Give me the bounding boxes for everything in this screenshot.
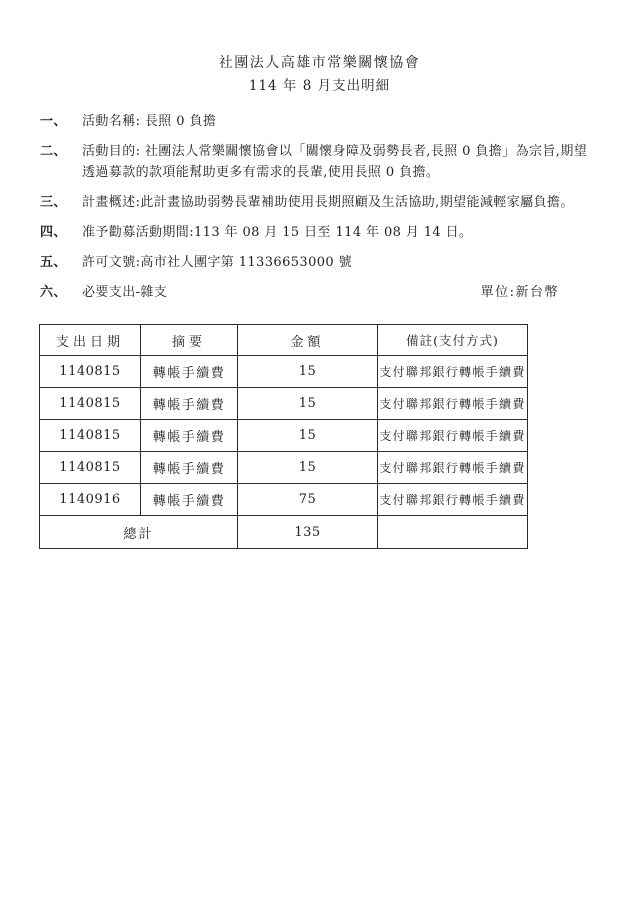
summary-cell: 轉帳手續費 [141, 452, 238, 484]
note-cell: 支付聯邦銀行轉帳手續費 [378, 388, 528, 420]
amount-cell: 15 [238, 356, 378, 388]
column-header-summary: 摘要 [141, 325, 238, 356]
amount-cell: 75 [238, 484, 378, 516]
item-text: 計畫概述:此計畫協助弱勢長輩補助使用長期照顧及生活協助,期望能減輕家屬負擔。 [82, 192, 595, 213]
item-text: 准予勸募活動期間:113 年 08 月 15 日至 114 年 08 月 14 … [82, 222, 595, 243]
item-number: 二、 [40, 141, 82, 162]
total-amount-cell: 135 [238, 516, 378, 549]
note-cell: 支付聯邦銀行轉帳手續費 [378, 356, 528, 388]
list-item-necessary-expense: 六、 必要支出-雜支 單位:新台幣 [40, 282, 595, 303]
item-text: 必要支出-雜支 [82, 282, 481, 303]
note-cell: 支付聯邦銀行轉帳手續費 [378, 420, 528, 452]
list-item-plan-overview: 三、 計畫概述:此計畫協助弱勢長輩補助使用長期照顧及生活協助,期望能減輕家屬負擔… [40, 192, 595, 213]
item-number: 三、 [40, 192, 82, 213]
date-cell: 1140815 [40, 356, 141, 388]
note-cell: 支付聯邦銀行轉帳手續費 [378, 484, 528, 516]
date-cell: 1140815 [40, 388, 141, 420]
table-total-row: 總計 135 [40, 516, 528, 549]
list-item-activity-purpose: 二、 活動目的: 社團法人常樂關懷協會以「關懷身障及弱勢長者,長照 0 負擔」為… [40, 141, 595, 183]
currency-unit-label: 單位:新台幣 [481, 282, 559, 303]
column-header-amount: 金額 [238, 325, 378, 356]
date-cell: 1140815 [40, 452, 141, 484]
list-item-activity-name: 一、 活動名稱: 長照 0 負擔 [40, 111, 595, 132]
table-header-row: 支出日期 摘要 金額 備註(支付方式) [40, 325, 528, 356]
date-cell: 1140916 [40, 484, 141, 516]
item-number: 五、 [40, 252, 82, 273]
item-number: 四、 [40, 222, 82, 243]
numbered-items: 一、 活動名稱: 長照 0 負擔 二、 活動目的: 社團法人常樂關懷協會以「關懷… [40, 111, 595, 303]
item-number: 一、 [40, 111, 82, 132]
document-page: 社團法人高雄市常樂關懷協會 114 年 8 月支出明細 一、 活動名稱: 長照 … [0, 0, 639, 902]
summary-cell: 轉帳手續費 [141, 484, 238, 516]
date-cell: 1140815 [40, 420, 141, 452]
table-row: 1140815 轉帳手續費 15 支付聯邦銀行轉帳手續費 [40, 356, 528, 388]
note-cell: 支付聯邦銀行轉帳手續費 [378, 452, 528, 484]
item-text: 活動名稱: 長照 0 負擔 [82, 111, 595, 132]
table-row: 1140815 轉帳手續費 15 支付聯邦銀行轉帳手續費 [40, 388, 528, 420]
list-item-fundraising-period: 四、 准予勸募活動期間:113 年 08 月 15 日至 114 年 08 月 … [40, 222, 595, 243]
summary-cell: 轉帳手續費 [141, 388, 238, 420]
amount-cell: 15 [238, 388, 378, 420]
list-item-permit-number: 五、 許可文號:高市社人團字第 11336653000 號 [40, 252, 595, 273]
expense-table: 支出日期 摘要 金額 備註(支付方式) 1140815 轉帳手續費 15 支付聯… [39, 324, 528, 549]
total-note-empty-cell [378, 516, 528, 549]
item-text: 許可文號:高市社人團字第 11336653000 號 [82, 252, 595, 273]
summary-cell: 轉帳手續費 [141, 356, 238, 388]
column-header-note: 備註(支付方式) [378, 325, 528, 356]
column-header-date: 支出日期 [40, 325, 141, 356]
amount-cell: 15 [238, 420, 378, 452]
item-text: 活動目的: 社團法人常樂關懷協會以「關懷身障及弱勢長者,長照 0 負擔」為宗旨,… [82, 141, 595, 183]
item-number: 六、 [40, 282, 82, 303]
table-row: 1140916 轉帳手續費 75 支付聯邦銀行轉帳手續費 [40, 484, 528, 516]
amount-cell: 15 [238, 452, 378, 484]
table-row: 1140815 轉帳手續費 15 支付聯邦銀行轉帳手續費 [40, 420, 528, 452]
page-subtitle: 114 年 8 月支出明細 [0, 77, 639, 95]
table-row: 1140815 轉帳手續費 15 支付聯邦銀行轉帳手續費 [40, 452, 528, 484]
total-label-cell: 總計 [40, 516, 238, 549]
page-title: 社團法人高雄市常樂關懷協會 [0, 0, 639, 72]
summary-cell: 轉帳手續費 [141, 420, 238, 452]
